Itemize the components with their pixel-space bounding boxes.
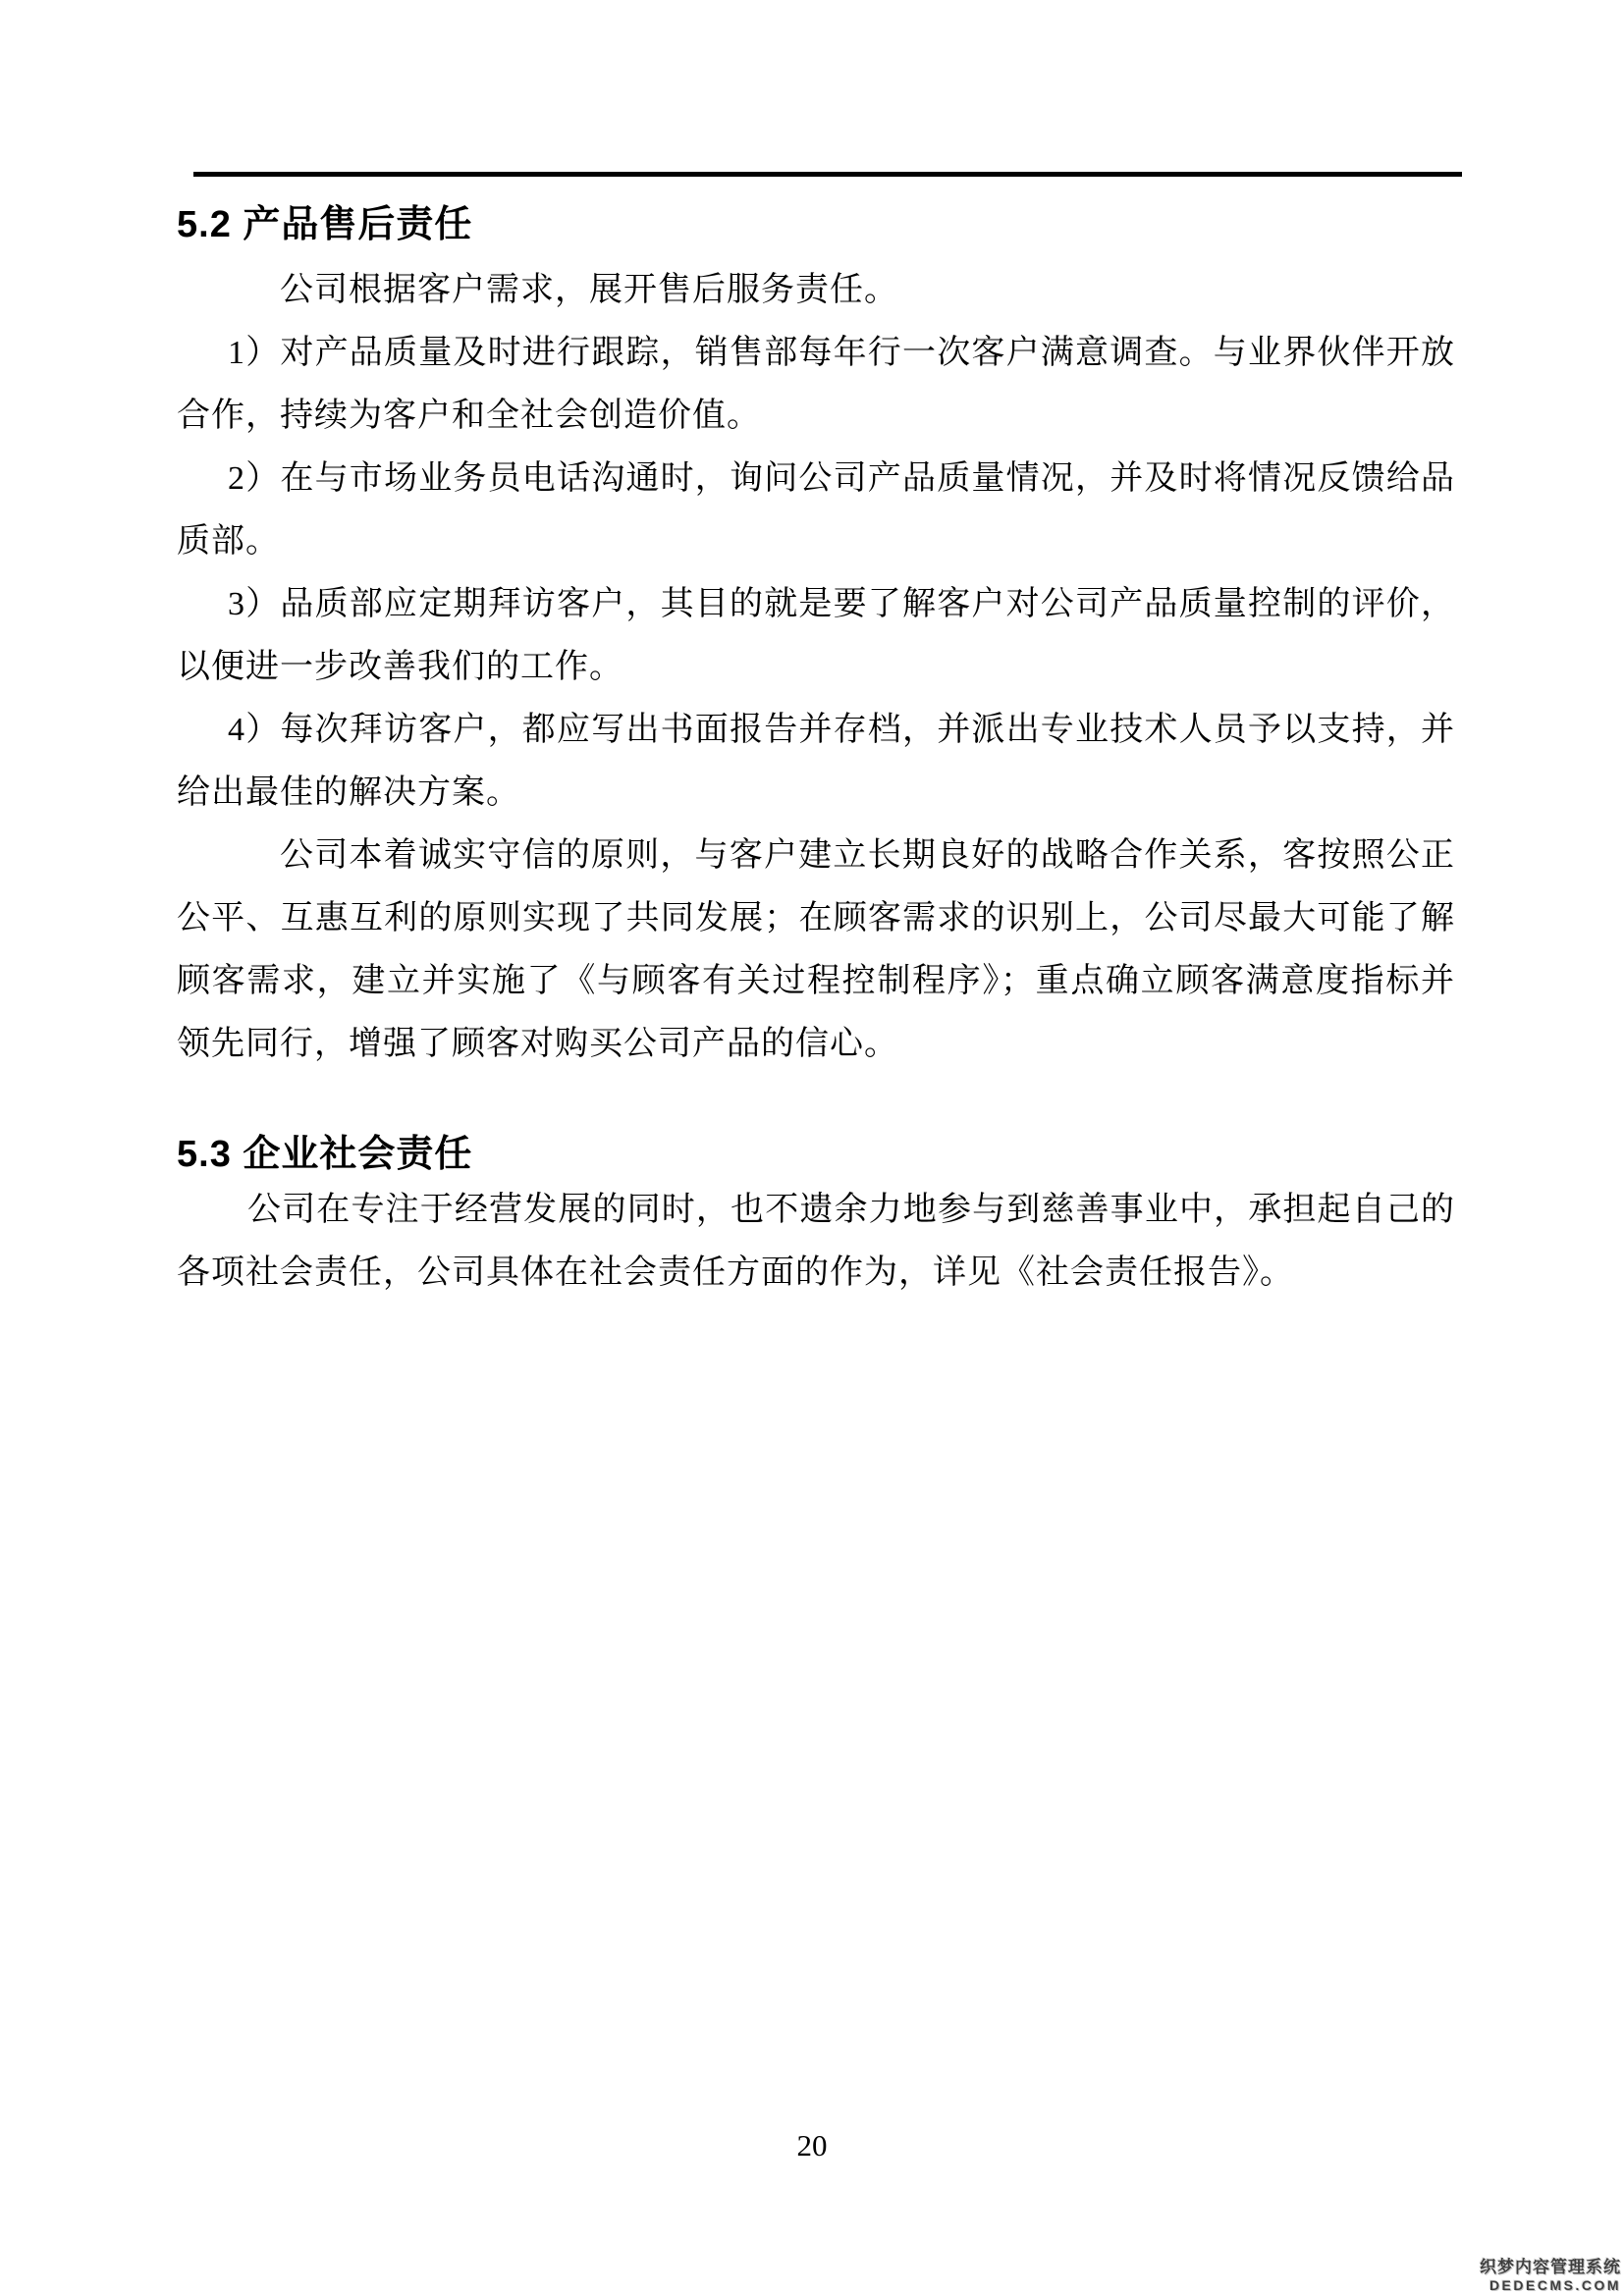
page-number: 20	[0, 2128, 1624, 2163]
watermark: 织梦内容管理系统 DEDECMS.COM	[1480, 2258, 1621, 2293]
document-page: 5.2 产品售后责任 公司根据客户需求，展开售后服务责任。 1）对产品质量及时进…	[0, 0, 1624, 2296]
header-rule	[193, 172, 1462, 177]
section-heading-5-2: 5.2 产品售后责任	[177, 200, 1455, 249]
section-heading-5-3: 5.3 企业社会责任	[177, 1130, 1455, 1179]
paragraph-item-3: 3）品质部应定期拜访客户，其目的就是要了解客户对公司产品质量控制的评价，以便进一…	[177, 573, 1455, 699]
paragraph-item-1: 1）对产品质量及时进行跟踪，销售部每年行一次客户满意调查。与业界伙伴开放合作，持…	[177, 322, 1455, 448]
paragraph-intro: 公司根据客户需求，展开售后服务责任。	[177, 259, 1455, 322]
paragraph-item-4: 4）每次拜访客户，都应写出书面报告并存档，并派出专业技术人员予以支持，并给出最佳…	[177, 699, 1455, 825]
paragraph-item-2: 2）在与市场业务员电话沟通时，询问公司产品质量情况，并及时将情况反馈给品质部。	[177, 448, 1455, 573]
paragraph-social-responsibility: 公司在专注于经营发展的同时，也不遗余力地参与到慈善事业中，承担起自己的各项社会责…	[177, 1179, 1455, 1305]
paragraph-closing: 公司本着诚实守信的原则，与客户建立长期良好的战略合作关系，客按照公正公平、互惠互…	[177, 825, 1455, 1076]
watermark-cn-text: 织梦内容管理系统	[1480, 2258, 1621, 2277]
document-content: 5.2 产品售后责任 公司根据客户需求，展开售后服务责任。 1）对产品质量及时进…	[177, 200, 1455, 1305]
watermark-en-text: DEDECMS.COM	[1480, 2277, 1621, 2293]
